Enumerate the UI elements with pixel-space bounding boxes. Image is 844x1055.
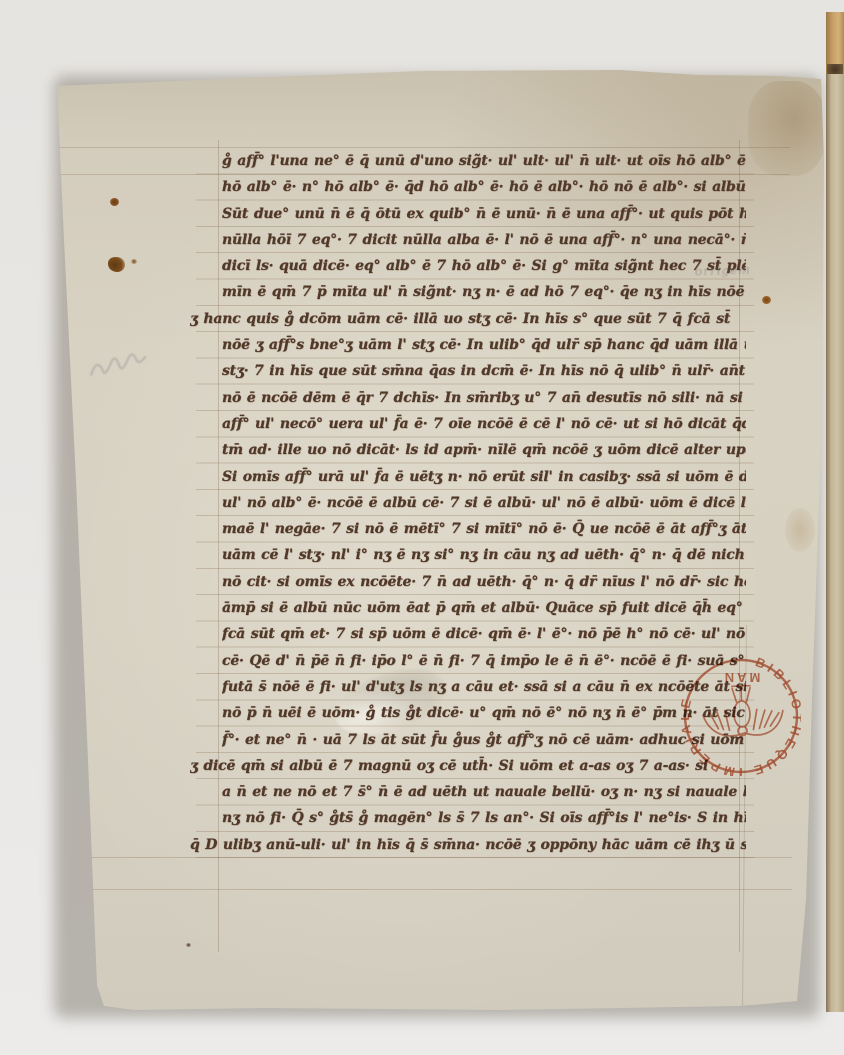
scan-backdrop: g̊ aff̄° l'una ne° ē q̄ unū d'uno sig̃t·… <box>0 0 844 1055</box>
text-line: nō ē ncōē dēm ē q̄r 7 dchīs· In sm̄ribʒ … <box>222 385 746 411</box>
pencil-mark <box>85 341 157 389</box>
text-line: q̄ D ulibʒ anū-uli· ul' in hīs q̄ s̄ sm̄… <box>190 832 746 858</box>
text-line: nō cit· si omīs ex ncōēte· 7 n̄ ad uēth·… <box>222 569 746 595</box>
text-line: nōē ʒ aff̄°s bne°ʒ uām l' stʒ cē· In uli… <box>222 332 746 358</box>
text-line: uām cē l' stʒ· nl' i° nʒ ē nʒ si° nʒ in … <box>222 542 746 568</box>
text-line: nūlla hōī 7 eq°· 7 dicit nūlla alba ē· l… <box>222 227 746 253</box>
text-line: stʒ· 7 in hīs que sūt sm̄na q̄as in dcm̄… <box>222 358 746 384</box>
ink-blot <box>108 257 125 272</box>
text-line: maē l' negāe· 7 si nō ē mētī° 7 si mītī°… <box>222 516 746 542</box>
text-line: cē· Qē d' n̄ p̄ē n̄ fi· ip̄o l° ē n̄ fi·… <box>222 648 746 674</box>
ink-blot-small <box>131 259 137 264</box>
library-stamp: BIBLIOTHEQUE IMPERIALE MAN <box>681 656 801 776</box>
text-line: f̄°· et ne° n̄ · uā 7 ls āt sūt f̄u g̊us… <box>222 727 746 753</box>
text-line: Si omīs aff̄° urā ul' f̄a ē uētʒ n· nō e… <box>222 464 746 490</box>
text-line: g̊ aff̄° l'una ne° ē q̄ unū d'uno sig̃t·… <box>222 148 746 174</box>
manuscript-scan: { "scene": { "backdrop_color": "#e7e5e2"… <box>0 0 844 1055</box>
ruling-line-bottom-2 <box>60 889 792 890</box>
ink-speck <box>186 943 191 947</box>
text-block: g̊ aff̄° l'una ne° ē q̄ unū d'uno sig̃t·… <box>222 148 746 860</box>
parchment-leaf: g̊ aff̄° l'una ne° ē q̄ unū d'uno sig̃t·… <box>50 65 828 1015</box>
text-line: nō p̄ n̄ uēi ē uōm· g̊ tis g̊t dicē· u° … <box>222 700 746 726</box>
edge-stain <box>785 508 815 552</box>
folio-fore-edge <box>826 74 844 1012</box>
text-line: hō alb° ē· n° hō alb° ē· q̄d hō alb° ē· … <box>222 174 746 200</box>
text-line: āmp̄ si ē albū nūc uōm ēat p̄ qm̄ et alb… <box>222 595 746 621</box>
text-line: tm̄ ad· ille uo nō dicāt· ls id apm̄· nī… <box>222 437 746 463</box>
text-line: futā s̄ nōē ē fi· ul' d'utʒ ls nʒ a cāu … <box>222 674 746 700</box>
text-line: fcā sūt qm̄ et· 7 si sp̄ uōm ē dicē· qm̄… <box>222 621 746 647</box>
eagle-icon <box>702 685 784 740</box>
text-line: a n̄ et ne nō et 7 s̄° n̄ ē ad uēth ut n… <box>222 779 746 805</box>
text-line: nʒ nō fi· Q̄ s° g̊ts̄ g̊ magēn° ls s̄ 7 … <box>222 805 746 831</box>
text-line: dicī ls· quā dicē· eq° alb° ē 7 hō alb° … <box>222 253 746 279</box>
text-line: ʒ hanc quis g̊ dcōm uām cē· illā uo stʒ … <box>190 306 746 332</box>
text-line: ʒ dicē qm̄ si albū ē 7 magnū oʒ cē uth̄·… <box>190 753 746 779</box>
text-line: mīn ē qm̄ 7 p̄ mīta ul' n̄ sig̃nt· nʒ n·… <box>222 279 746 305</box>
ink-spot-right <box>762 296 771 304</box>
text-line: Sūt due° unū n̄ ē q̄ ōtū ex quib° n̄ ē u… <box>222 201 746 227</box>
text-line: ul' nō alb° ē· ncōē ē albū cē· 7 si ē al… <box>222 490 746 516</box>
text-line: aff̄° ul' necō° uera ul' f̄a ē· 7 oīe nc… <box>222 411 746 437</box>
margin-note: orrigem <box>695 261 785 278</box>
ink-spot <box>110 198 119 206</box>
corner-stain <box>748 81 826 176</box>
stamp-inner-text: MAN <box>722 670 761 685</box>
